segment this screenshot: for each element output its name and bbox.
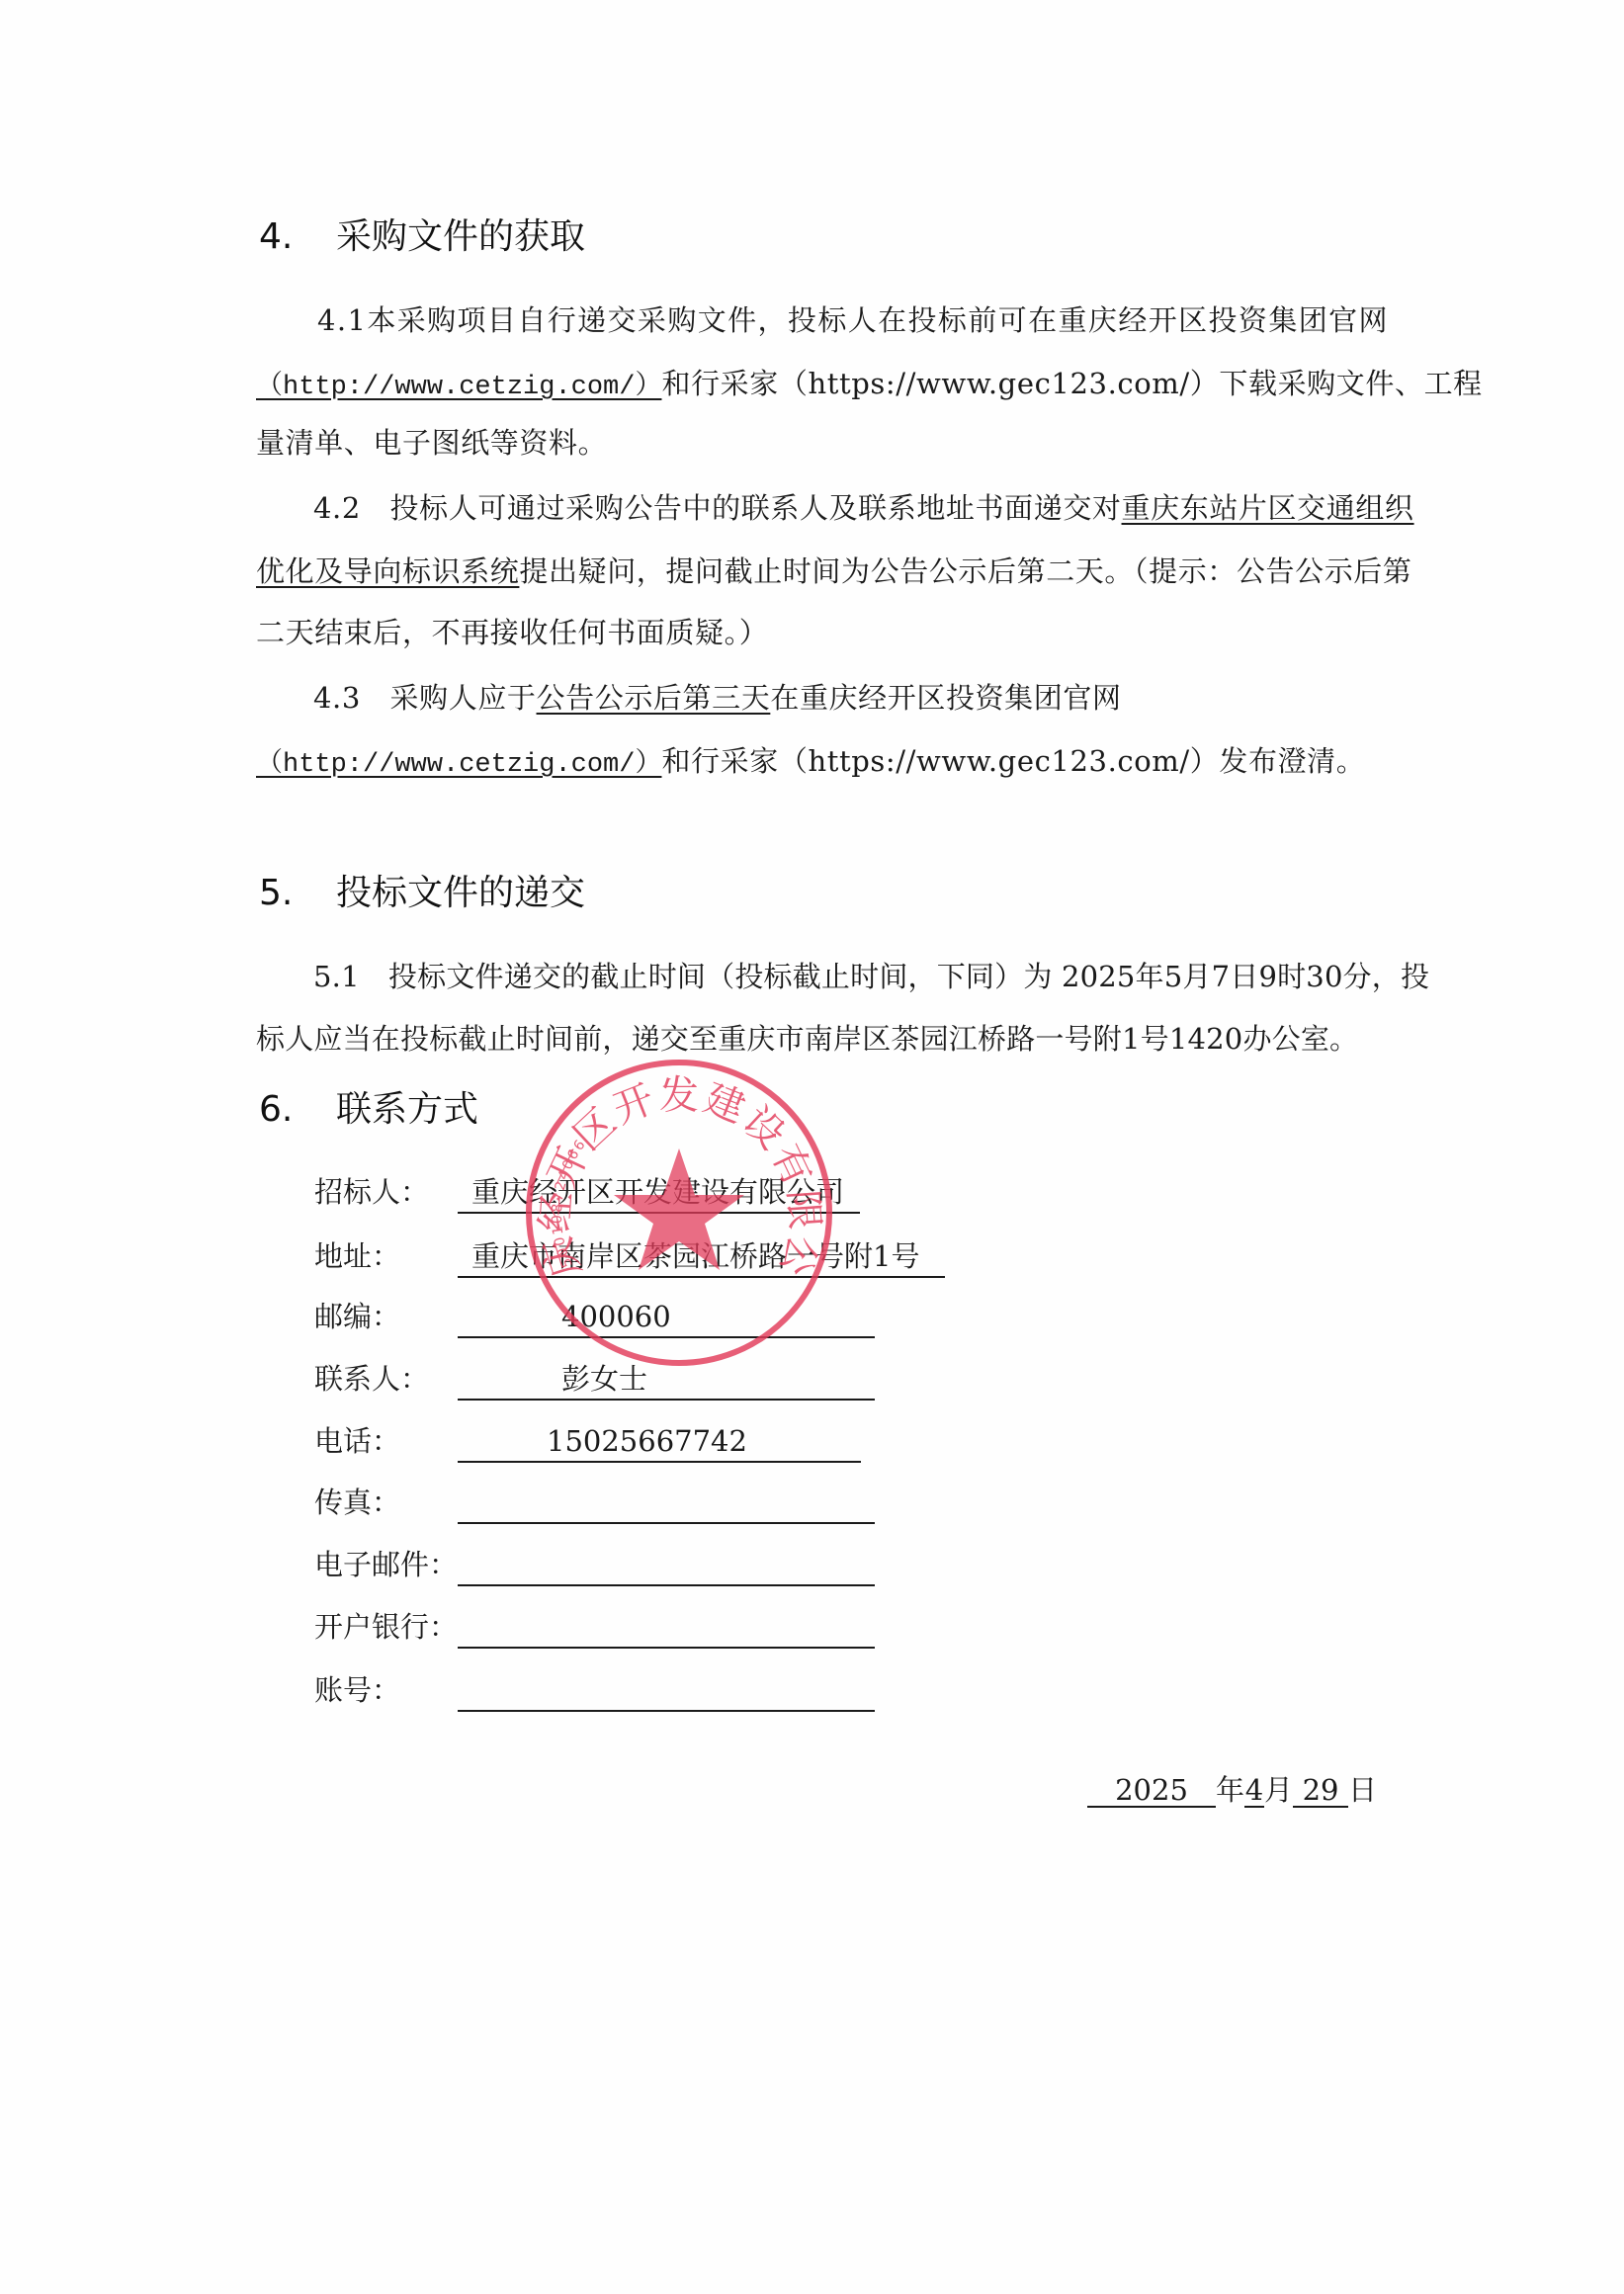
gec123-text: 和行采家（https://www.gec123.com/）下载采购文件、工程: [661, 367, 1482, 400]
fax-field: [458, 1485, 875, 1524]
field-label: 电话：: [314, 1423, 453, 1459]
paragraph-4-2-rest: 提出疑问，提问截止时间为公告公示后第二天。（提示：公告公示后第: [519, 554, 1411, 588]
section-6-heading: 6.联系方式: [259, 1088, 478, 1132]
paragraph-4-3-prefix: 4.3 采购人应于: [313, 681, 537, 715]
field-label: 招标人：: [314, 1174, 453, 1210]
field-label: 地址：: [314, 1238, 453, 1274]
field-value: 400060: [561, 1299, 671, 1334]
address-field: 重庆市南岸区茶园江桥路一号附1号: [458, 1238, 945, 1278]
project-name-part-1: 重庆东站片区交通组织: [1122, 491, 1414, 525]
date-day-unit: 日: [1348, 1773, 1377, 1807]
section-4-heading: 4.采购文件的获取: [259, 215, 585, 259]
field-label: 传真：: [314, 1485, 453, 1520]
section-5-heading: 5.投标文件的递交: [259, 872, 585, 915]
paragraph-4-1-line-3: 量清单、电子图纸等资料。: [256, 425, 607, 461]
field-label: 开户银行：: [314, 1609, 453, 1645]
date-month-unit: 月: [1264, 1773, 1293, 1807]
account-field: [458, 1672, 875, 1712]
date-year-unit: 年: [1216, 1773, 1244, 1807]
field-label: 账号：: [314, 1672, 453, 1708]
date-month: 4: [1244, 1772, 1264, 1808]
signature-date: 2025年4月29日: [1087, 1772, 1377, 1808]
phone-field: 15025667742: [458, 1423, 861, 1463]
contact-person-field: 彭女士: [458, 1361, 875, 1401]
field-label: 电子邮件：: [314, 1547, 453, 1582]
paragraph-4-2-line-1: 4.2 投标人可通过采购公告中的联系人及联系地址书面递交对重庆东站片区交通组织: [313, 490, 1414, 526]
section-title: 投标文件的递交: [336, 873, 585, 913]
tenderer-field: 重庆经开区开发建设有限公司: [458, 1174, 860, 1214]
postcode-field: 400060: [458, 1299, 875, 1338]
paragraph-4-2-line-3: 二天结束后，不再接收任何书面质疑。）: [256, 615, 768, 650]
paragraph-4-2-line-2: 优化及导向标识系统提出疑问，提问截止时间为公告公示后第二天。（提示：公告公示后第: [256, 553, 1412, 589]
section-title: 采购文件的获取: [336, 216, 585, 257]
bank-field: [458, 1609, 875, 1649]
field-label: 邮编：: [314, 1299, 453, 1334]
section-number: 5.: [259, 872, 336, 915]
field-label: 联系人：: [314, 1361, 453, 1397]
paragraph-5-1-line-1: 5.1 投标文件递交的截止时间（投标截止时间，下同）为 2025年5月7日9时3…: [313, 959, 1429, 994]
gec123-text: 和行采家（https://www.gec123.com/）发布澄清。: [661, 744, 1365, 778]
clarification-deadline: 公告公示后第三天: [537, 681, 771, 715]
paragraph-4-3-line-2: （http://www.cetzig.com/）和行采家（https://www…: [256, 743, 1365, 783]
field-value: 重庆市南岸区茶园江桥路一号附1号: [471, 1238, 919, 1274]
email-field: [458, 1547, 875, 1586]
date-year: 2025: [1087, 1772, 1216, 1808]
paragraph-5-1-line-2: 标人应当在投标截止时间前，递交至重庆市南岸区茶园江桥路一号附1号1420办公室。: [256, 1021, 1358, 1057]
paragraph-4-1-line-1: 4.1本采购项目自行递交采购文件，投标人在投标前可在重庆经开区投资集团官网: [317, 302, 1389, 338]
date-day: 29: [1293, 1772, 1348, 1808]
field-value: 15025667742: [547, 1423, 747, 1459]
field-value: 彭女士: [561, 1361, 647, 1397]
section-title: 联系方式: [336, 1089, 478, 1130]
field-value: 重庆经开区开发建设有限公司: [471, 1174, 844, 1210]
section-number: 6.: [259, 1088, 336, 1132]
document-page: 4.采购文件的获取 4.1本采购项目自行递交采购文件，投标人在投标前可在重庆经开…: [0, 0, 1624, 2294]
cetzig-link[interactable]: （http://www.cetzig.com/）: [256, 750, 661, 780]
paragraph-4-3-line-1: 4.3 采购人应于公告公示后第三天在重庆经开区投资集团官网: [313, 680, 1122, 716]
paragraph-4-2-prefix: 4.2 投标人可通过采购公告中的联系人及联系地址书面递交对: [313, 491, 1122, 525]
paragraph-4-1-line-2: （http://www.cetzig.com/）和行采家（https://www…: [256, 366, 1483, 405]
section-number: 4.: [259, 215, 336, 259]
paragraph-4-3-suffix: 在重庆经开区投资集团官网: [770, 681, 1121, 715]
project-name-part-2: 优化及导向标识系统: [256, 554, 519, 588]
cetzig-link[interactable]: （http://www.cetzig.com/）: [256, 373, 661, 402]
